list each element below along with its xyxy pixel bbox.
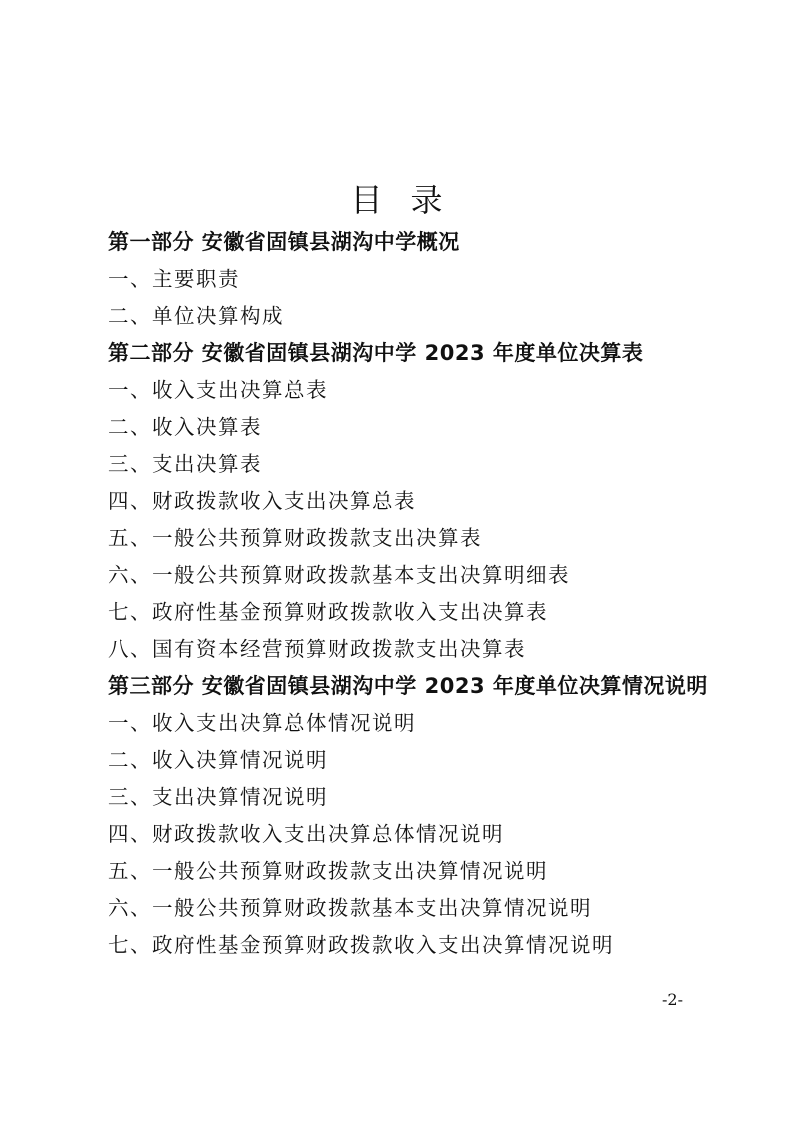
- page-number: -2-: [662, 990, 683, 1009]
- section-heading-2: 第二部分 安徽省固镇县湖沟中学 2023 年度单位决算表: [108, 335, 708, 372]
- toc-item: 六、一般公共预算财政拨款基本支出决算情况说明: [108, 890, 708, 927]
- toc-item: 四、财政拨款收入支出决算总表: [108, 483, 708, 520]
- toc-item: 二、收入决算表: [108, 409, 708, 446]
- toc-item: 四、财政拨款收入支出决算总体情况说明: [108, 816, 708, 853]
- toc-item: 五、一般公共预算财政拨款支出决算表: [108, 520, 708, 557]
- section-heading-3: 第三部分 安徽省固镇县湖沟中学 2023 年度单位决算情况说明: [108, 668, 708, 705]
- toc-item: 一、收入支出决算总体情况说明: [108, 705, 708, 742]
- table-of-contents: 第一部分 安徽省固镇县湖沟中学概况 一、主要职责 二、单位决算构成 第二部分 安…: [108, 224, 708, 964]
- toc-item: 六、一般公共预算财政拨款基本支出决算明细表: [108, 557, 708, 594]
- toc-item: 三、支出决算情况说明: [108, 779, 708, 816]
- toc-item: 七、政府性基金预算财政拨款收入支出决算表: [108, 594, 708, 631]
- toc-item: 二、单位决算构成: [108, 298, 708, 335]
- toc-item: 七、政府性基金预算财政拨款收入支出决算情况说明: [108, 927, 708, 964]
- page-title: 目录: [0, 180, 793, 220]
- section-heading-1: 第一部分 安徽省固镇县湖沟中学概况: [108, 224, 708, 261]
- toc-item: 三、支出决算表: [108, 446, 708, 483]
- toc-item: 二、收入决算情况说明: [108, 742, 708, 779]
- toc-item: 一、主要职责: [108, 261, 708, 298]
- toc-item: 八、国有资本经营预算财政拨款支出决算表: [108, 631, 708, 668]
- toc-item: 五、一般公共预算财政拨款支出决算情况说明: [108, 853, 708, 890]
- toc-item: 一、收入支出决算总表: [108, 372, 708, 409]
